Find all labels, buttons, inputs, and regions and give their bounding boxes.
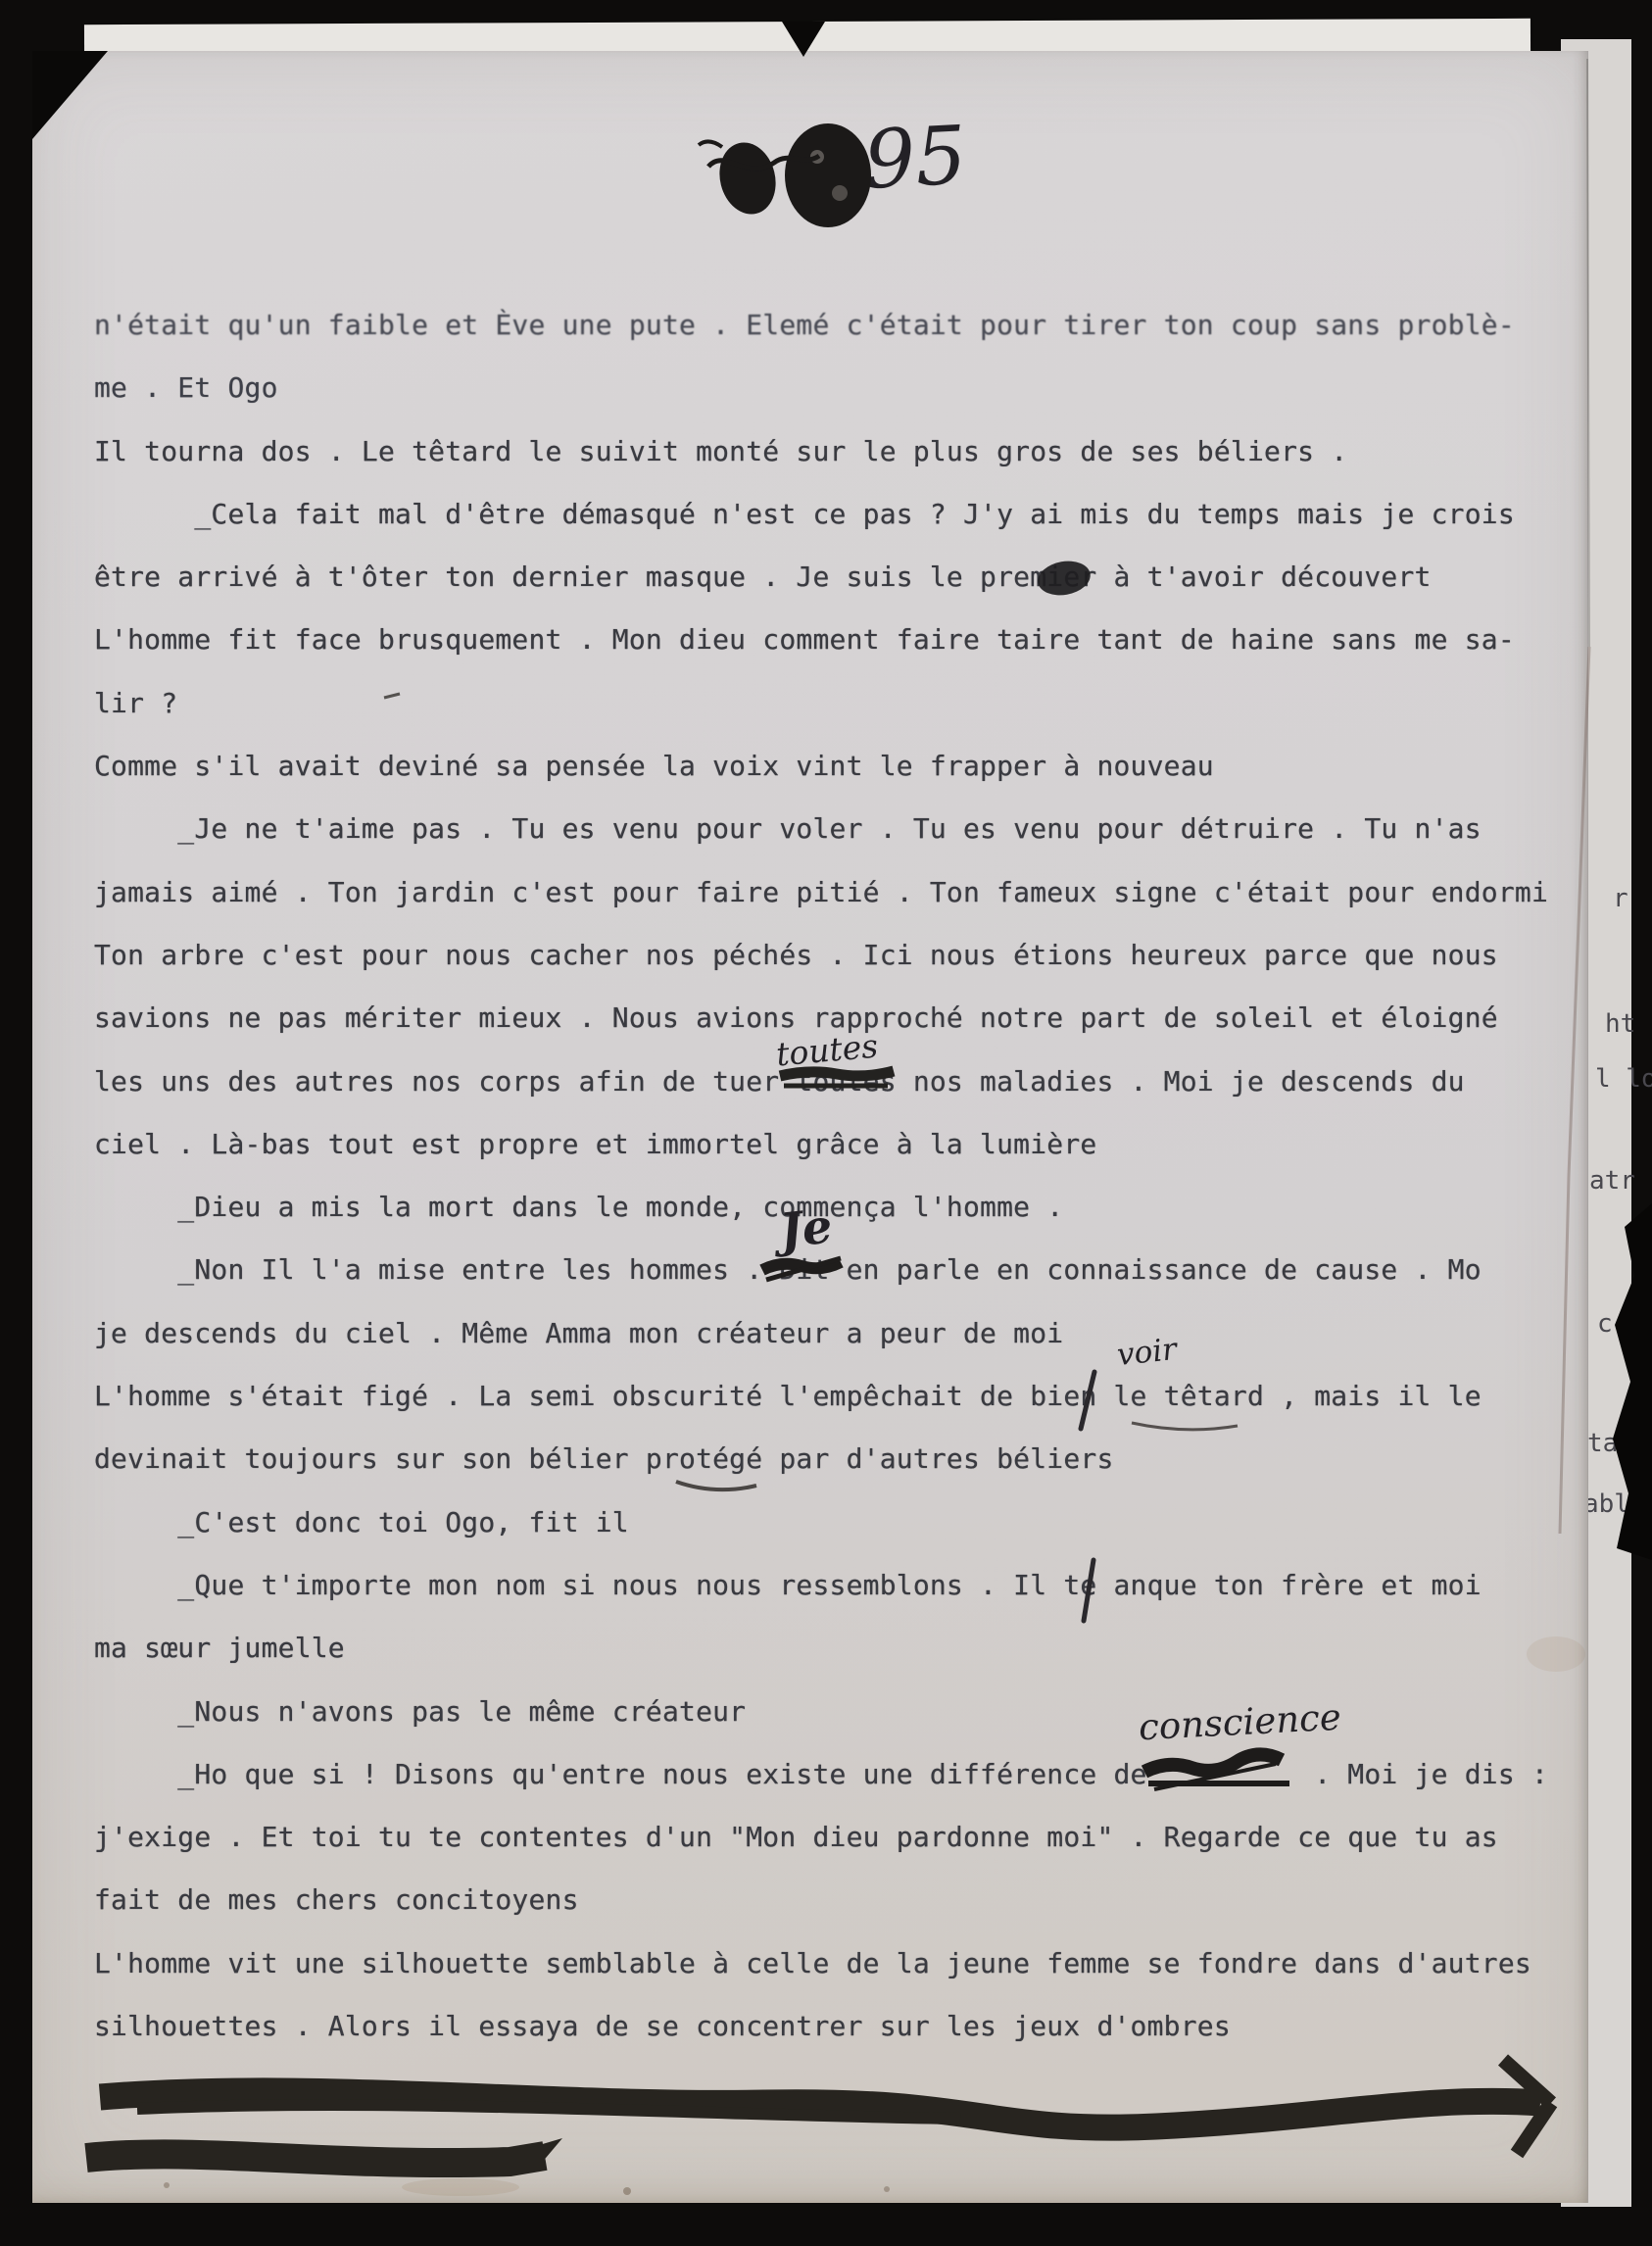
typed-line: _Dieu a mis la mort dans le monde, comme… xyxy=(94,1176,1583,1239)
typed-line: _Que t'importe mon nom si nous nous ress… xyxy=(94,1554,1583,1617)
document-page: n'était qu'un faible et Ève une pute . E… xyxy=(32,51,1588,2203)
typed-line: L'homme vit une silhouette semblable à c… xyxy=(94,1932,1583,1995)
torn-edge-text-fragment: atr xyxy=(1589,1166,1635,1196)
typed-line: L'homme s'était figé . La semi obscurité… xyxy=(94,1365,1583,1428)
typed-line: ciel . Là-bas tout est propre et immorte… xyxy=(94,1113,1583,1176)
torn-edge-text-fragment: r xyxy=(1613,884,1628,913)
typed-line: _Cela fait mal d'être démasqué n'est ce … xyxy=(94,483,1583,546)
typed-line: jamais aimé . Ton jardin c'est pour fair… xyxy=(94,861,1583,924)
torn-edge-text-fragment: c l xyxy=(1597,1309,1643,1339)
typed-line: Il tourna dos . Le têtard le suivit mont… xyxy=(94,420,1583,483)
typed-line: être arrivé à t'ôter ton dernier masque … xyxy=(94,546,1583,609)
handwritten-word-voir: voir xyxy=(1115,1332,1178,1373)
typewritten-text-block: n'était qu'un faible et Ève une pute . E… xyxy=(94,294,1583,2058)
typed-line: lir ? xyxy=(94,672,1583,735)
typed-line: j'exige . Et toi tu te contentes d'un "M… xyxy=(94,1806,1583,1869)
torn-edge-text-fragment: abl xyxy=(1583,1489,1629,1519)
typed-line: n'était qu'un faible et Ève une pute . E… xyxy=(94,294,1583,357)
handwritten-word-je: Je xyxy=(777,1198,835,1258)
scan-canvas: r ht l lo atr c l tan abl n'était qu'un … xyxy=(0,0,1652,2246)
typed-line: fait de mes chers concitoyens xyxy=(94,1869,1583,1931)
typed-line: je descends du ciel . Même Amma mon créa… xyxy=(94,1302,1583,1365)
typed-line: Comme s'il avait deviné sa pensée la voi… xyxy=(94,735,1583,798)
typed-line: silhouettes . Alors il essaya de se conc… xyxy=(94,1995,1583,2058)
typed-line: ma sœur jumelle xyxy=(94,1617,1583,1680)
typed-line: _Nous n'avons pas le même créateur xyxy=(94,1681,1583,1743)
typed-line: me . Et Ogo xyxy=(94,357,1583,419)
typed-line: Ton arbre c'est pour nous cacher nos péc… xyxy=(94,924,1583,987)
typed-line: _Non Il l'a mise entre les hommes . Dit'… xyxy=(94,1239,1583,1301)
torn-edge-text-fragment: l lo xyxy=(1595,1064,1652,1094)
torn-edge-text-fragment: ht xyxy=(1605,1009,1635,1039)
typed-line: _C'est donc toi Ogo, fit il xyxy=(94,1491,1583,1554)
torn-edge-text-fragment: tan xyxy=(1587,1429,1633,1458)
typed-line: _Ho que si ! Disons qu'entre nous existe… xyxy=(94,1743,1583,1806)
typed-line: devinait toujours sur son bélier protégé… xyxy=(94,1428,1583,1490)
handwritten-page-number: 95 xyxy=(862,109,969,207)
typed-line: _Je ne t'aime pas . Tu es venu pour vole… xyxy=(94,798,1583,860)
typed-line: L'homme fit face brusquement . Mon dieu … xyxy=(94,609,1583,671)
